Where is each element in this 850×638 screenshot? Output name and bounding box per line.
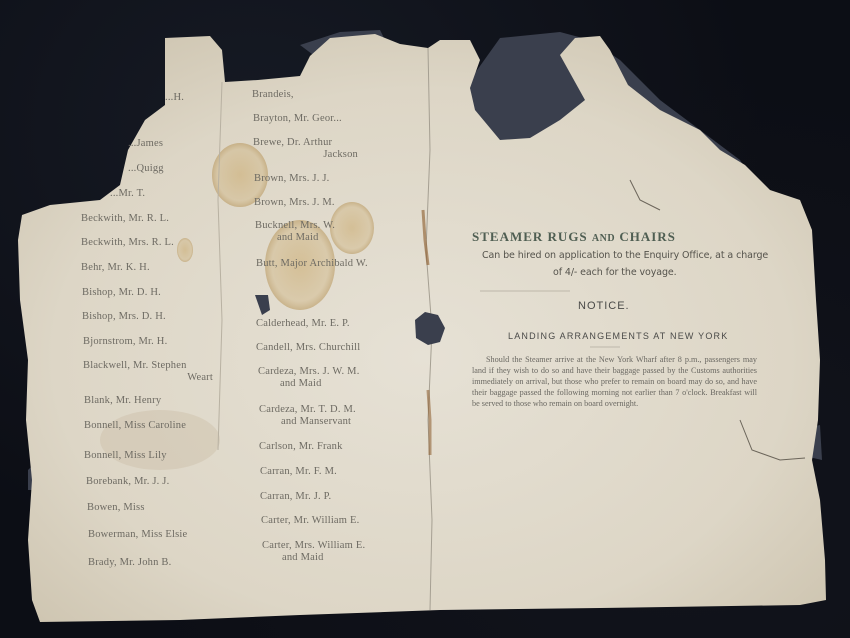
charge-line: of 4/- each for the voyage. bbox=[553, 267, 677, 278]
landing-paragraph: Should the Steamer arrive at the New Yor… bbox=[472, 354, 757, 409]
notice-heading: NOTICE. bbox=[578, 300, 630, 312]
notice-panel: STEAMER RUGS AND CHAIRS Can be hired on … bbox=[0, 0, 850, 638]
steamer-rugs-heading: STEAMER RUGS AND CHAIRS bbox=[472, 229, 676, 245]
hire-info-line: Can be hired on application to the Enqui… bbox=[482, 250, 768, 261]
landing-arrangements-heading: LANDING ARRANGEMENTS AT NEW YORK bbox=[508, 331, 728, 341]
